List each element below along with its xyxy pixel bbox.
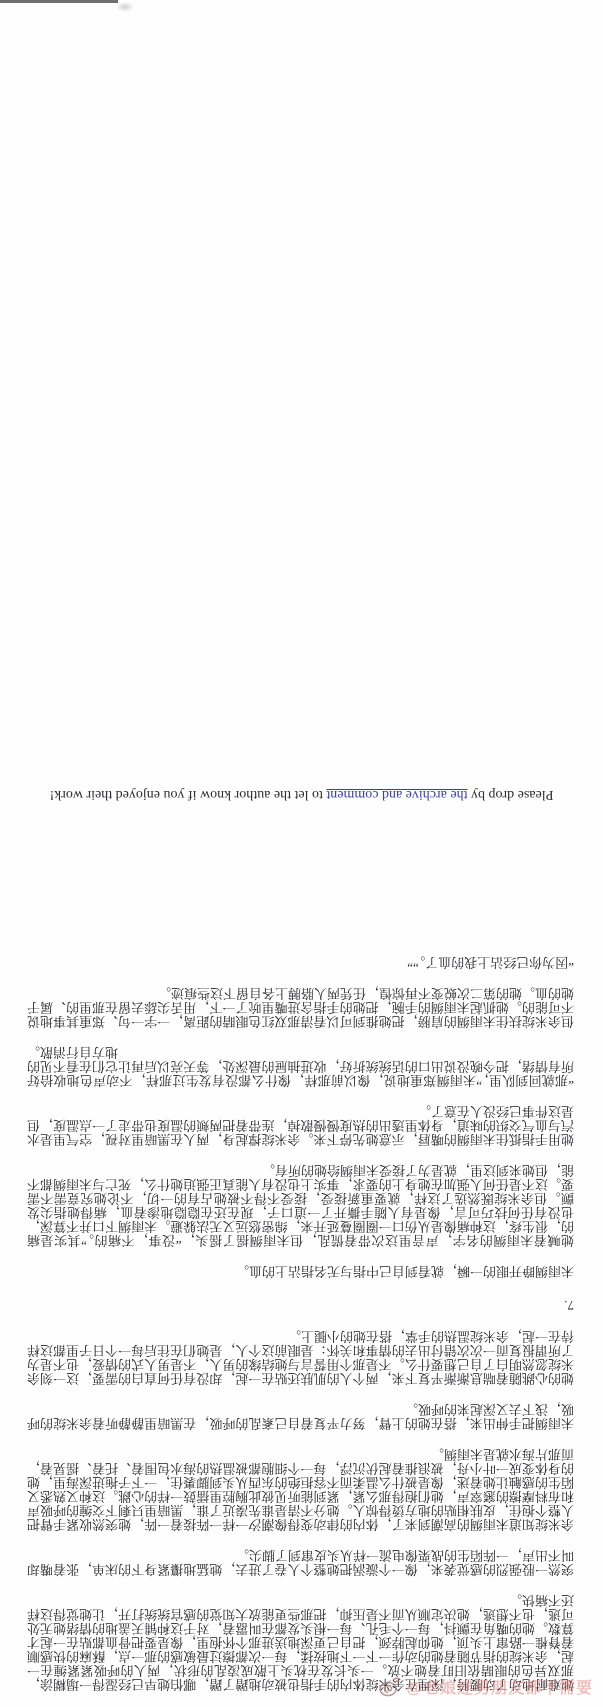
archive-comment-link[interactable]: the archive and comment xyxy=(326,787,467,802)
section-number: 7. xyxy=(27,1298,574,1312)
footer-text-suffix: to let the author know if you enjoyed th… xyxy=(50,787,327,802)
story-paragraph: 她的心跳随着喘息渐渐平复下来，两个人的肌肤还贴在一起，却没有任何直白的需要，这一… xyxy=(27,1329,574,1385)
top-left-bar-fade-artifact xyxy=(116,2,134,12)
story-body: 她难耐地动了动腰胯，深埋在余米绽体内的手指也被动地蹭了蹭，哪怕她早已经湿得一塌糊… xyxy=(0,955,603,1707)
screenshot-page: 她难耐地动了动腰胯，深埋在余米绽体内的手指也被动地蹭了蹭，哪怕她早已经湿得一塌糊… xyxy=(0,0,603,1707)
story-paragraph: 未雨绸把手伸出来，搭在她的上臂，努力平复着自己紊乱的呼吸，在黑暗里静静听着余米绽… xyxy=(27,1402,574,1430)
story-paragraph: 突然一股强烈的感觉袭来，像一个漩涡把她整个人卷了进去，她猛地攥紧身下的床单，张着… xyxy=(27,1548,574,1576)
story-paragraph: 她用手指抵住未雨绸的嘴唇，示意她先停下来。余米绽撑起身，两人在黑暗里对视，空气里… xyxy=(27,1104,574,1146)
story-paragraph: 未雨绸睁开眼的一瞬，就看到自己中指与无名指沾上的血。 xyxy=(27,1264,574,1278)
story-paragraph: “那就回到队里，”未雨绸郑重地说，像以前那样，像什么都没有发生过那样，不动声色地… xyxy=(27,1045,574,1087)
story-paragraph: 她喊着未雨绸的名字，声音里这次带着慌乱，但未雨绸摇了摇头，“没事，不痛的。”其实… xyxy=(27,1163,574,1247)
story-paragraph: 余米绽知道未雨绸的高潮到来了，体内的律动变得像潮汐一样一阵接着一阵，她突然收紧手… xyxy=(27,1447,574,1531)
archive-footer: Please drop by the archive and comment t… xyxy=(0,786,603,802)
story-paragraph: 她难耐地动了动腰胯，深埋在余米绽体内的手指也被动地蹭了蹭，哪怕她早已经湿得一塌糊… xyxy=(27,1593,574,1691)
footer-text-prefix: Please drop by xyxy=(468,787,554,802)
story-paragraph: “因为你已经沾上我的血了。”” xyxy=(27,955,574,969)
rotated-document: 她难耐地动了动腰胯，深埋在余米绽体内的手指也被动地蹭了蹭，哪怕她早已经湿得一塌糊… xyxy=(0,0,603,1707)
top-left-bar-artifact xyxy=(0,0,118,3)
story-paragraph: 但余米绽扶住未雨绸的肩膀，把她推到可以看清那双红色眼睛的距离，一字一句、郑重其事… xyxy=(27,986,574,1028)
